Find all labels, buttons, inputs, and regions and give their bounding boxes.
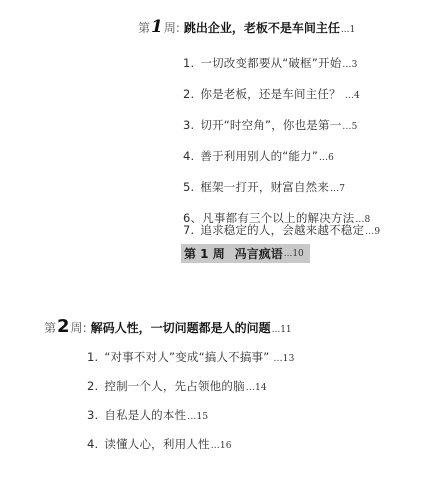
week-prefix: 第 bbox=[138, 19, 150, 36]
toc-item[interactable]: 4.善于利用别人的“能力”...6 bbox=[183, 148, 334, 164]
week-suffix: 周 bbox=[71, 319, 83, 336]
week-number: 1 bbox=[151, 19, 163, 36]
item-number: 2. bbox=[87, 379, 98, 393]
week-1-quotes-section[interactable]: 第 1 周 冯言疯语 ...10 bbox=[181, 244, 310, 263]
toc-item[interactable]: 5.框架一打开，财富自然来...7 bbox=[183, 179, 345, 195]
toc-item[interactable]: 1.“对事不对人”变成“搞人不搞事” ...13 bbox=[87, 349, 295, 365]
toc-item[interactable]: 3.自私是人的本性...15 bbox=[87, 407, 208, 423]
item-number: 3. bbox=[183, 118, 194, 132]
toc-item[interactable]: 4.读懂人心，利用人性...16 bbox=[87, 436, 232, 452]
item-title: 追求稳定的人，会越来越不稳定 bbox=[200, 223, 364, 237]
item-number: 1. bbox=[183, 56, 194, 70]
item-title: 控制一个人，先占领他的脑 bbox=[104, 379, 244, 393]
toc-item[interactable]: 7.追求稳定的人，会越来越不稳定...9 bbox=[183, 222, 380, 238]
toc-item[interactable]: 2.你是老板，还是车间主任？ ...4 bbox=[183, 86, 360, 102]
item-number: 2. bbox=[183, 87, 194, 101]
page-number: ...1 bbox=[341, 25, 355, 35]
page-number: ...11 bbox=[272, 325, 292, 335]
item-title: 切开“时空角”，你也是第一 bbox=[200, 118, 341, 132]
week-colon: : bbox=[176, 21, 180, 35]
item-number: 4. bbox=[183, 149, 194, 163]
item-title: 框架一打开，财富自然来 bbox=[200, 180, 329, 194]
item-title: 读懂人心，利用人性 bbox=[104, 437, 209, 451]
page-number: ...3 bbox=[342, 60, 357, 70]
page-number: ...13 bbox=[270, 354, 294, 364]
week-title: 跳出企业，老板不是车间主任 bbox=[184, 19, 340, 36]
week-2-heading[interactable]: 第 2 周 : 解码人性，一切问题都是人的问题 ...11 bbox=[44, 318, 292, 336]
page-number: ...5 bbox=[342, 122, 357, 132]
item-number: 7. bbox=[183, 223, 194, 237]
item-number: 3. bbox=[87, 408, 98, 422]
page-number: ...6 bbox=[319, 153, 334, 163]
page-number: ...14 bbox=[246, 383, 267, 393]
item-title: 一切改变都要从“破框”开始 bbox=[200, 56, 341, 70]
item-number: 4. bbox=[87, 437, 98, 451]
page-number: ...10 bbox=[284, 249, 304, 259]
page-number: ...15 bbox=[187, 412, 208, 422]
item-title: 你是老板，还是车间主任？ bbox=[200, 87, 340, 101]
page-number: ...4 bbox=[342, 91, 360, 101]
toc-item[interactable]: 2.控制一个人，先占领他的脑...14 bbox=[87, 378, 267, 394]
toc-item[interactable]: 1.一切改变都要从“破框”开始...3 bbox=[183, 55, 358, 71]
week-1-heading[interactable]: 第 1 周 : 跳出企业，老板不是车间主任 ...1 bbox=[138, 19, 355, 36]
item-title: “对事不对人”变成“搞人不搞事” bbox=[104, 350, 269, 364]
item-title: 善于利用别人的“能力” bbox=[200, 149, 318, 163]
page-number: ...9 bbox=[365, 227, 380, 237]
page-number: ...7 bbox=[330, 184, 345, 194]
page-number: ...16 bbox=[211, 441, 232, 451]
item-number: 1. bbox=[87, 350, 98, 364]
quote-week-label: 第 1 周 bbox=[184, 245, 225, 262]
week-title: 解码人性，一切问题都是人的问题 bbox=[91, 319, 271, 336]
week-prefix: 第 bbox=[44, 319, 56, 336]
item-title: 自私是人的本性 bbox=[104, 408, 186, 422]
quote-title: 冯言疯语 bbox=[235, 245, 283, 262]
week-number: 2 bbox=[57, 318, 70, 336]
week-colon: : bbox=[83, 321, 87, 335]
item-number: 5. bbox=[183, 180, 194, 194]
week-suffix: 周 bbox=[164, 19, 176, 36]
toc-item[interactable]: 3.切开“时空角”，你也是第一...5 bbox=[183, 117, 358, 133]
